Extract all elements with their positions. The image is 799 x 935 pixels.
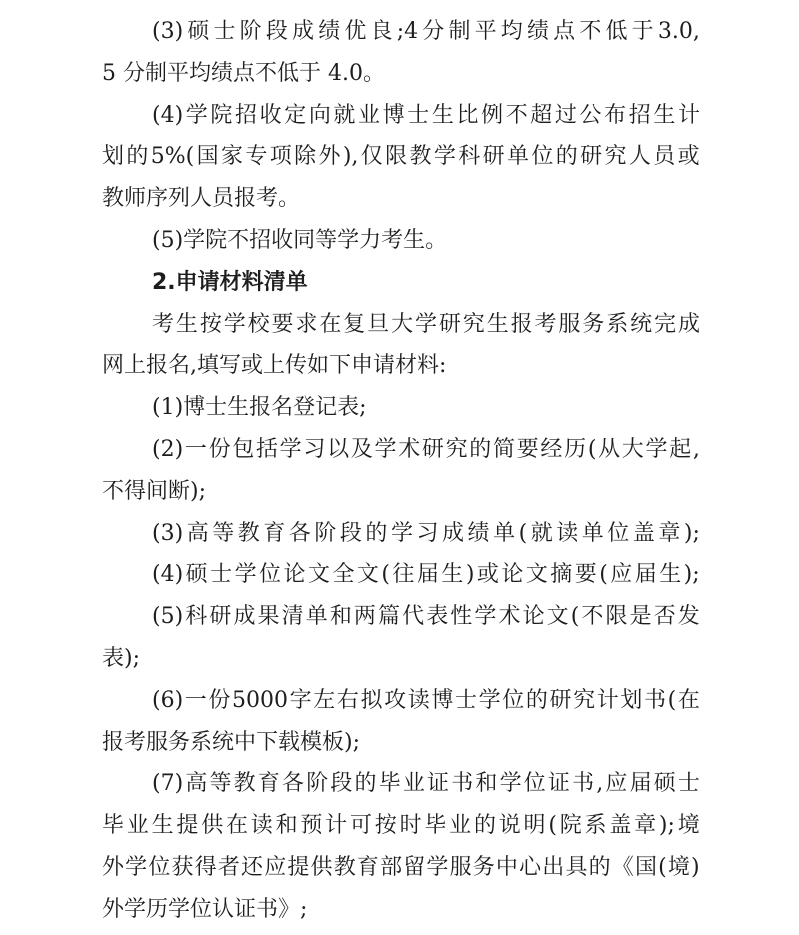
text-line: 毕业生提供在读和预计可按时毕业的说明(院系盖章);境 — [102, 805, 700, 847]
paragraph-material-2: (2)一份包括学习以及学术研究的简要经历(从大学起, 不得间断); — [102, 429, 700, 513]
paragraph-material-4: (4)硕士学位论文全文(往届生)或论文摘要(应届生); — [102, 554, 700, 596]
paragraph-material-3: (3)高等教育各阶段的学习成绩单(就读单位盖章); — [102, 513, 700, 555]
text-line: (2)一份包括学习以及学术研究的简要经历(从大学起, — [102, 429, 700, 471]
paragraph-material-7: (7)高等教育各阶段的毕业证书和学位证书,应届硕士 毕业生提供在读和预计可按时毕… — [102, 763, 700, 930]
text-line: 报考服务系统中下载模板); — [102, 722, 700, 764]
text-line: (3)硕士阶段成绩优良;4分制平均绩点不低于3.0, — [102, 11, 700, 53]
section-heading: 2.申请材料清单 — [102, 262, 700, 304]
text-line: 5 分制平均绩点不低于 4.0。 — [102, 53, 700, 95]
text-line: 外学位获得者还应提供教育部留学服务中心出具的《国(境) — [102, 847, 700, 889]
text-line: (6)一份5000字左右拟攻读博士学位的研究计划书(在 — [102, 680, 700, 722]
text-line: (7)高等教育各阶段的毕业证书和学位证书,应届硕士 — [102, 763, 700, 805]
text-line: 不得间断); — [102, 471, 700, 513]
text-line: (5)科研成果清单和两篇代表性学术论文(不限是否发 — [102, 596, 700, 638]
paragraph-intro: 考生按学校要求在复旦大学研究生报考服务系统完成 网上报名,填写或上传如下申请材料… — [102, 304, 700, 388]
text-line: 网上报名,填写或上传如下申请材料: — [102, 345, 700, 387]
text-line: (4)硕士学位论文全文(往届生)或论文摘要(应届生); — [102, 554, 700, 596]
text-line: 考生按学校要求在复旦大学研究生报考服务系统完成 — [102, 304, 700, 346]
text-line: 外学历学位认证书》; — [102, 889, 700, 931]
paragraph-rule-5: (5)学院不招收同等学力考生。 — [102, 220, 700, 262]
text-line: (3)高等教育各阶段的学习成绩单(就读单位盖章); — [102, 513, 700, 555]
paragraph-rule-4: (4)学院招收定向就业博士生比例不超过公布招生计 划的5%(国家专项除外),仅限… — [102, 95, 700, 220]
paragraph-material-1: (1)博士生报名登记表; — [102, 387, 700, 429]
section-heading-text: 2.申请材料清单 — [102, 262, 700, 304]
paragraph-material-6: (6)一份5000字左右拟攻读博士学位的研究计划书(在 报考服务系统中下载模板)… — [102, 680, 700, 764]
text-line: (5)学院不招收同等学力考生。 — [102, 220, 700, 262]
text-line: 表); — [102, 638, 700, 680]
paragraph-material-5: (5)科研成果清单和两篇代表性学术论文(不限是否发 表); — [102, 596, 700, 680]
text-line: 划的5%(国家专项除外),仅限教学科研单位的研究人员或 — [102, 136, 700, 178]
paragraph-rule-3: (3)硕士阶段成绩优良;4分制平均绩点不低于3.0, 5 分制平均绩点不低于 4… — [102, 11, 700, 95]
text-line: 教师序列人员报考。 — [102, 178, 700, 220]
document-page: (3)硕士阶段成绩优良;4分制平均绩点不低于3.0, 5 分制平均绩点不低于 4… — [102, 11, 700, 931]
text-line: (4)学院招收定向就业博士生比例不超过公布招生计 — [102, 95, 700, 137]
text-line: (1)博士生报名登记表; — [102, 387, 700, 429]
